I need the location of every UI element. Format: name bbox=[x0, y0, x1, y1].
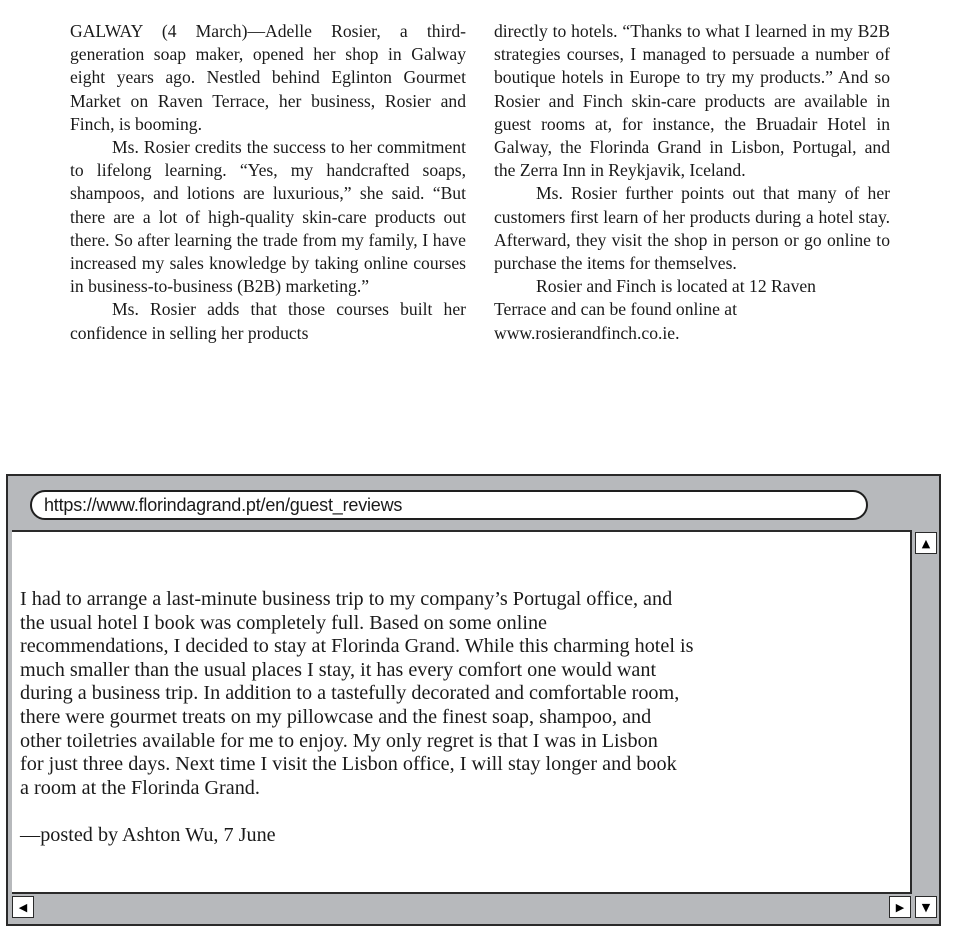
review-line: I had to arrange a last-minute business … bbox=[20, 588, 900, 612]
review-line: there were gourmet treats on my pillowca… bbox=[20, 706, 900, 730]
article-right-column: directly to hotels. “Thanks to what I le… bbox=[494, 20, 890, 345]
review-line: during a business trip. In addition to a… bbox=[20, 682, 900, 706]
article-paragraph: Ms. Rosier adds that those courses built… bbox=[70, 298, 466, 344]
article-paragraph: GALWAY (4 March)—Adelle Rosier, a third-… bbox=[70, 20, 466, 136]
newspaper-article: GALWAY (4 March)—Adelle Rosier, a third-… bbox=[70, 20, 890, 345]
review-line: for just three days. Next time I visit t… bbox=[20, 753, 900, 777]
article-paragraph: Ms. Rosier credits the success to her co… bbox=[70, 136, 466, 298]
review-line: the usual hotel I book was completely fu… bbox=[20, 612, 900, 636]
article-left-column: GALWAY (4 March)—Adelle Rosier, a third-… bbox=[70, 20, 466, 345]
triangle-left-icon: ◀ bbox=[19, 902, 27, 913]
website-link-text: www.rosierandfinch.co.ie. bbox=[494, 323, 679, 343]
scroll-down-button[interactable]: ▼ bbox=[915, 896, 937, 918]
triangle-up-icon: ▲ bbox=[922, 538, 930, 549]
page-viewport: I had to arrange a last-minute business … bbox=[12, 530, 912, 892]
review-line: recommendations, I decided to stay at Fl… bbox=[20, 635, 900, 659]
contact-line: Terrace and can be found online at bbox=[494, 299, 737, 319]
scroll-left-button[interactable]: ◀ bbox=[12, 896, 34, 918]
browser-window: https://www.florindagrand.pt/en/guest_re… bbox=[6, 474, 941, 926]
horizontal-scrollbar[interactable] bbox=[12, 892, 912, 922]
contact-line: Rosier and Finch is located at 12 Raven bbox=[536, 276, 816, 296]
scroll-up-button[interactable]: ▲ bbox=[915, 532, 937, 554]
article-paragraph-contact: Rosier and Finch is located at 12 RavenT… bbox=[494, 275, 890, 345]
review-line: much smaller than the usual places I sta… bbox=[20, 659, 900, 683]
guest-review: I had to arrange a last-minute business … bbox=[20, 588, 900, 848]
article-paragraph: directly to hotels. “Thanks to what I le… bbox=[494, 20, 890, 182]
review-signature: —posted by Ashton Wu, 7 June bbox=[20, 824, 900, 848]
article-paragraph: Ms. Rosier further points out that many … bbox=[494, 182, 890, 275]
scroll-right-button[interactable]: ▶ bbox=[889, 896, 911, 918]
review-line: other toiletries available for me to enj… bbox=[20, 730, 900, 754]
triangle-down-icon: ▼ bbox=[922, 902, 930, 913]
triangle-right-icon: ▶ bbox=[896, 902, 904, 913]
address-bar[interactable]: https://www.florindagrand.pt/en/guest_re… bbox=[30, 490, 868, 520]
vertical-scrollbar[interactable] bbox=[911, 530, 937, 892]
review-line: a room at the Florinda Grand. bbox=[20, 777, 900, 801]
